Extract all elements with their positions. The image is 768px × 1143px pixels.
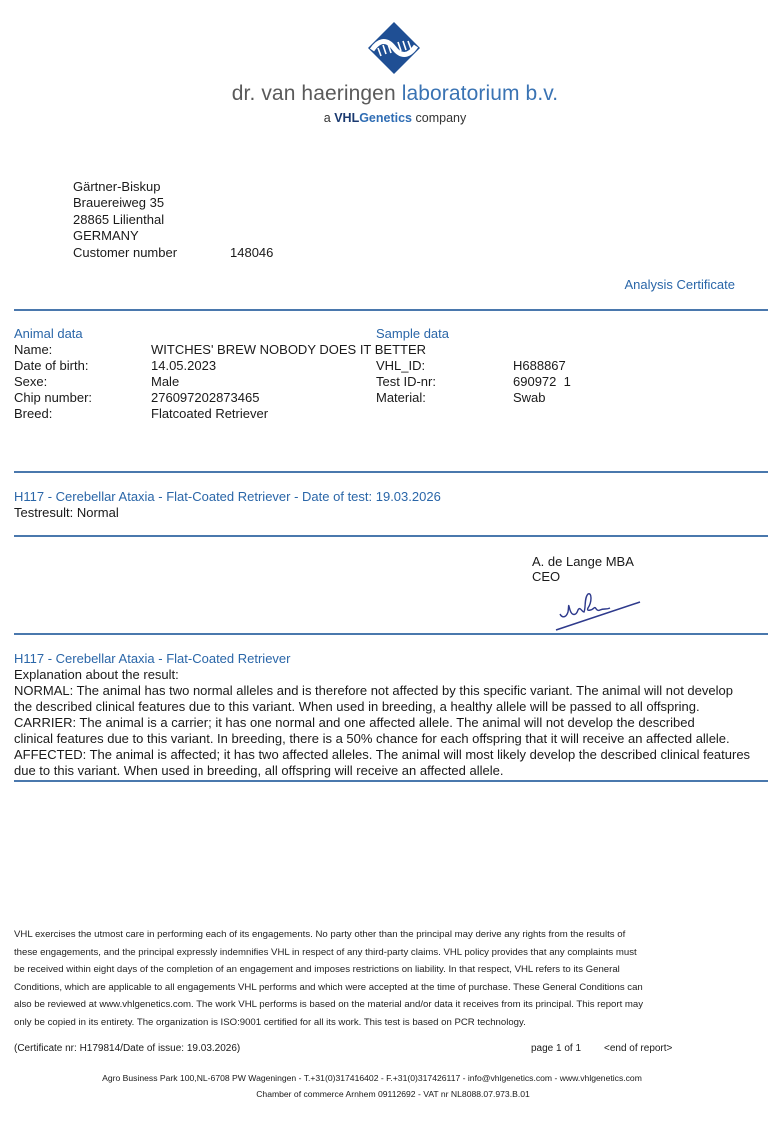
animal-data-heading: Animal data <box>14 326 83 342</box>
explanation-line: clinical features due to this variant. I… <box>14 731 768 747</box>
explanation-line: AFFECTED: The animal is affected; it has… <box>14 747 768 763</box>
explanation-line: the described clinical features due to t… <box>14 699 768 715</box>
sample-data-heading: Sample data <box>376 326 449 342</box>
page-number: page 1 of 1 <box>531 1043 581 1054</box>
disclaimer-line: only be copied in its entirety. The orga… <box>14 1014 754 1032</box>
address-street: Brauereiweg 35 <box>73 195 177 211</box>
divider <box>14 471 768 473</box>
signature-scribble-icon <box>552 588 644 634</box>
test-result: Testresult: Normal <box>14 505 119 520</box>
result-explanation: H117 - Cerebellar Ataxia - Flat-Coated R… <box>14 651 768 779</box>
signatory-name: A. de Lange MBA <box>532 554 634 569</box>
test-title: H117 - Cerebellar Ataxia - Flat-Coated R… <box>14 489 441 504</box>
disclaimer-line: VHL exercises the utmost care in perform… <box>14 926 754 944</box>
explanation-line: CARRIER: The animal is a carrier; it has… <box>14 715 768 731</box>
legal-disclaimer: VHL exercises the utmost care in perform… <box>14 926 754 1032</box>
animal-field-row: Breed:Flatcoated Retriever <box>14 406 754 422</box>
lab-name: dr. van haeringen laboratorium b.v. <box>0 82 768 106</box>
divider <box>14 633 768 635</box>
dna-helix-diamond-icon <box>366 20 422 76</box>
disclaimer-line: be received within eight days of the com… <box>14 961 754 979</box>
explanation-line: due to this variant. When used in breedi… <box>14 763 768 779</box>
signature-image <box>552 588 644 634</box>
disclaimer-line: these engagements, and the principal exp… <box>14 944 754 962</box>
disclaimer-line: Conditions, which are applicable to all … <box>14 979 754 997</box>
explanation-line: NORMAL: The animal has two normal allele… <box>14 683 768 699</box>
end-of-report: <end of report> <box>604 1043 672 1054</box>
lab-logo <box>366 20 422 76</box>
divider <box>14 535 768 537</box>
lab-subtitle: a VHLGenetics company <box>0 111 768 125</box>
disclaimer-line: also be reviewed at www.vhlgenetics.com.… <box>14 996 754 1014</box>
document-title: Analysis Certificate <box>624 277 735 292</box>
certificate-number: (Certificate nr: H179814/Date of issue: … <box>14 1043 240 1054</box>
signatory: A. de Lange MBA CEO <box>532 554 634 584</box>
explanation-title: H117 - Cerebellar Ataxia - Flat-Coated R… <box>14 651 768 667</box>
address-city: 28865 Lilienthal <box>73 212 177 228</box>
animal-field-row: Name:WITCHES' BREW NOBODY DOES IT BETTER <box>14 342 754 358</box>
customer-number-value: 148046 <box>230 245 273 261</box>
divider <box>14 780 768 782</box>
footer-contact: Agro Business Park 100,NL-6708 PW Wageni… <box>0 1073 744 1083</box>
address-country: GERMANY <box>73 228 177 244</box>
signatory-role: CEO <box>532 569 634 584</box>
address-name: Gärtner-Biskup <box>73 179 177 195</box>
explanation-line: Explanation about the result: <box>14 667 768 683</box>
customer-number-label: Customer number <box>73 245 177 261</box>
footer-registration: Chamber of commerce Arnhem 09112692 - VA… <box>0 1089 768 1099</box>
recipient-address: Gärtner-Biskup Brauereiweg 35 28865 Lili… <box>73 179 177 261</box>
divider <box>14 309 768 311</box>
